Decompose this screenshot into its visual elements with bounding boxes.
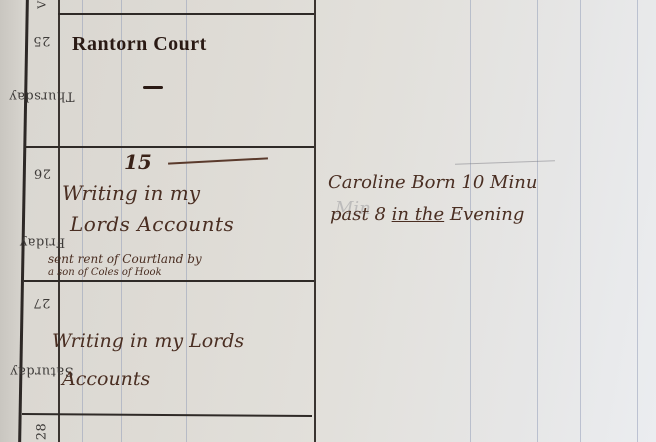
weekday-label: V — [35, 0, 48, 8]
row-rule — [58, 13, 314, 15]
margin-note-text: past 8 — [330, 204, 392, 225]
margin-note-text: Evening — [444, 204, 524, 225]
weekday-label: Friday — [19, 234, 65, 249]
flourish-stroke — [168, 157, 268, 164]
margin-note-line1: Caroline Born 10 Minu — [328, 172, 537, 193]
entry-text: sent rent of Courtland by — [48, 252, 202, 266]
date-label: 27 — [33, 295, 51, 310]
entry-mark: 15 — [124, 150, 152, 174]
day-cell-partial: V — [26, 0, 58, 13]
entry-text: Writing in my — [62, 181, 200, 205]
date-label: 26 — [33, 165, 51, 180]
entry-dash — [143, 86, 163, 89]
weekday-label: Thursday — [9, 89, 75, 104]
entry-column-rule — [314, 0, 316, 442]
row-rule — [22, 413, 312, 417]
faint-rule — [637, 0, 638, 442]
date-label: 25 — [33, 33, 51, 48]
entry-text: Lords Accounts — [70, 212, 234, 236]
margin-note-line2: past 8 in the Evening — [330, 204, 524, 225]
entry-text: Accounts — [62, 368, 150, 390]
entry-text: Rantorn Court — [72, 33, 207, 56]
faint-rule — [580, 0, 581, 442]
row-rule — [24, 280, 314, 282]
row-rule — [24, 146, 314, 148]
date-label: 28 — [34, 422, 49, 440]
entry-text: a son of Coles of Hook — [48, 267, 162, 278]
entry-text: Writing in my Lords — [52, 330, 244, 352]
day-cell-thursday: Thursday 25 — [26, 15, 58, 146]
margin-note-underlined: in the — [392, 204, 445, 225]
day-cell-partial-28: 28 — [26, 416, 58, 442]
faint-rule — [537, 0, 538, 442]
